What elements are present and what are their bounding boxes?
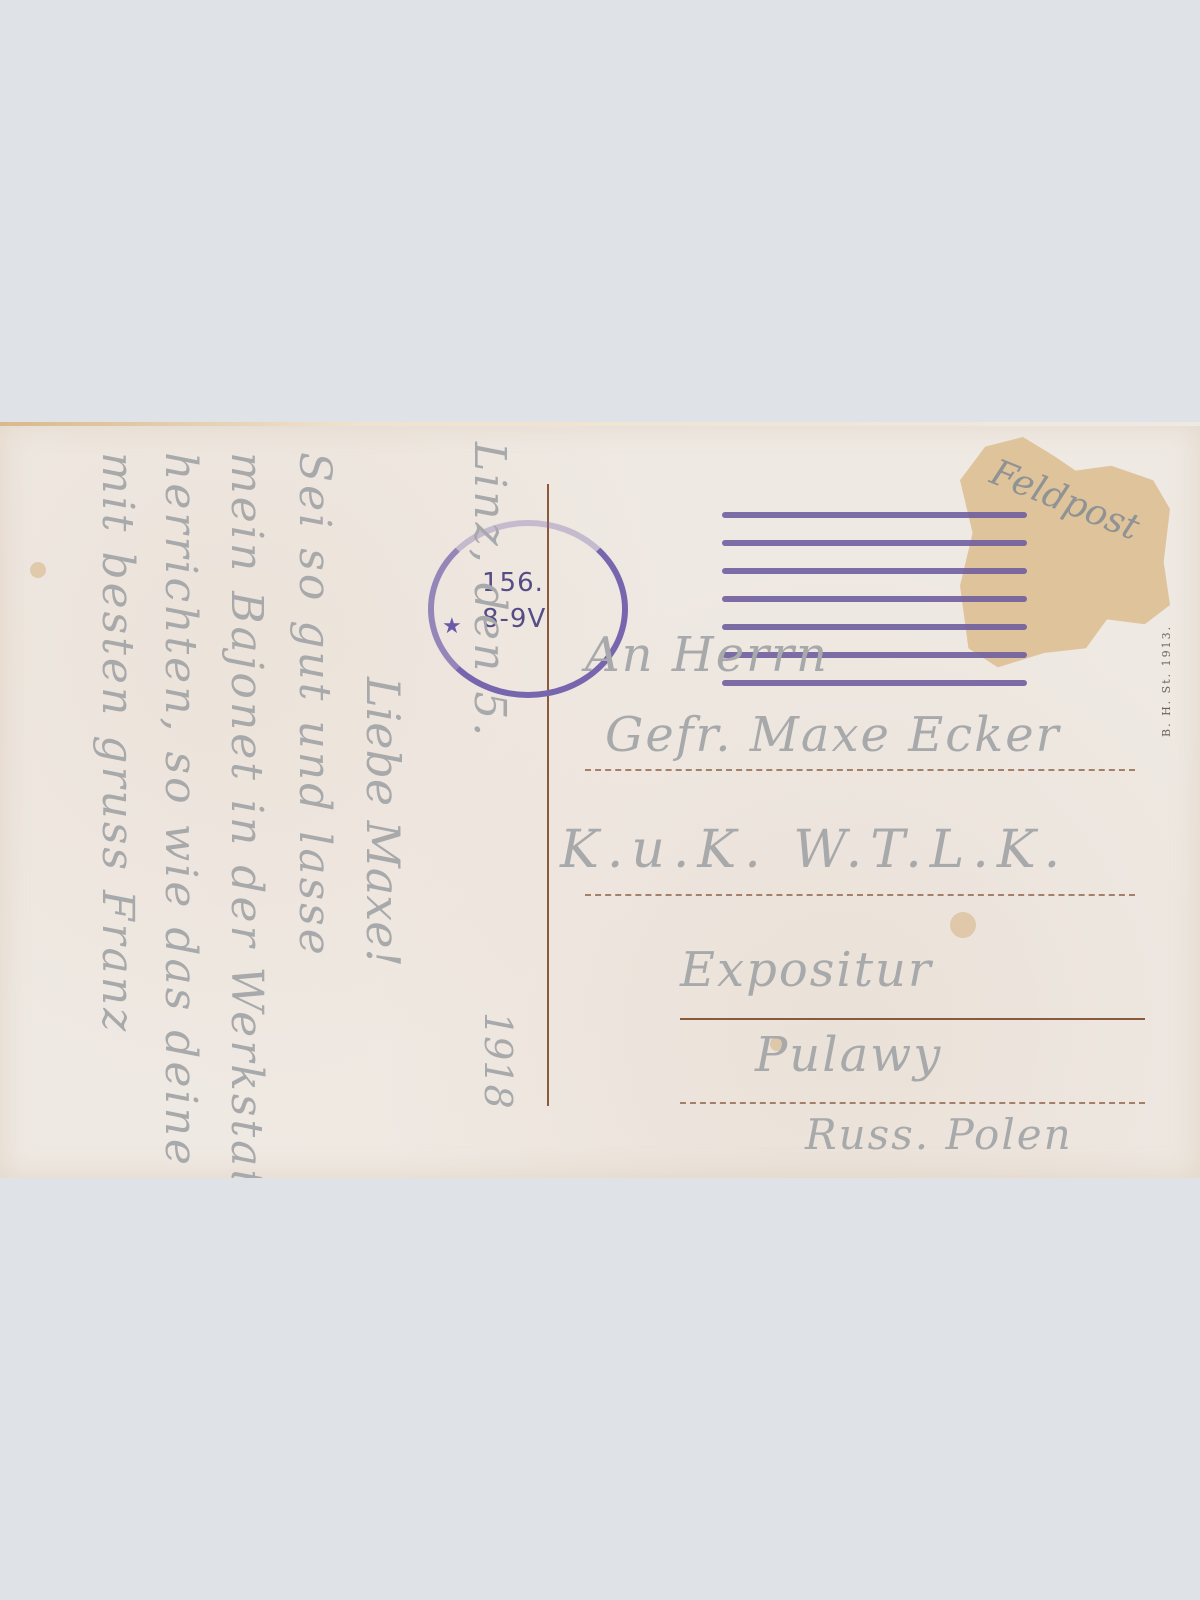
address-line — [585, 894, 1135, 896]
printer-mark: B. H. St. 1913. — [1160, 625, 1173, 737]
address-line — [680, 1102, 1145, 1104]
message-line: Sei so gut und lasse — [289, 452, 340, 958]
card-edge — [0, 422, 1200, 426]
message-place-date: Linz, den 5. — [464, 442, 515, 739]
postcard-back: Feldpost ★ 156. 8-9V Linz, den 5. 1918 L… — [0, 422, 1200, 1178]
address-town: Pulawy — [755, 1027, 942, 1083]
address-salutation: An Herrn — [585, 627, 829, 683]
address-name: Gefr. Maxe Ecker — [605, 707, 1061, 763]
cancel-line — [722, 512, 1027, 518]
star-icon: ★ — [442, 614, 462, 639]
address-line — [585, 769, 1135, 771]
message-line: mein Bajonet in der Werkstatt — [221, 452, 272, 1178]
stain — [30, 562, 46, 578]
message-greeting: Liebe Maxe! — [356, 677, 410, 967]
address-unit: K.u.K. W.T.L.K. — [560, 820, 1068, 880]
stain — [950, 912, 976, 938]
address-country: Russ. Polen — [805, 1110, 1073, 1159]
cancel-line — [722, 568, 1027, 574]
message-line: herrichten, so wie das deine — [155, 452, 206, 1168]
cancel-line — [722, 596, 1027, 602]
address-office: Expositur — [680, 942, 933, 998]
message-year: 1918 — [476, 1012, 520, 1109]
cancel-line — [722, 540, 1027, 546]
message-line: mit besten gruss Franz — [92, 452, 143, 1034]
address-line — [680, 1018, 1145, 1020]
